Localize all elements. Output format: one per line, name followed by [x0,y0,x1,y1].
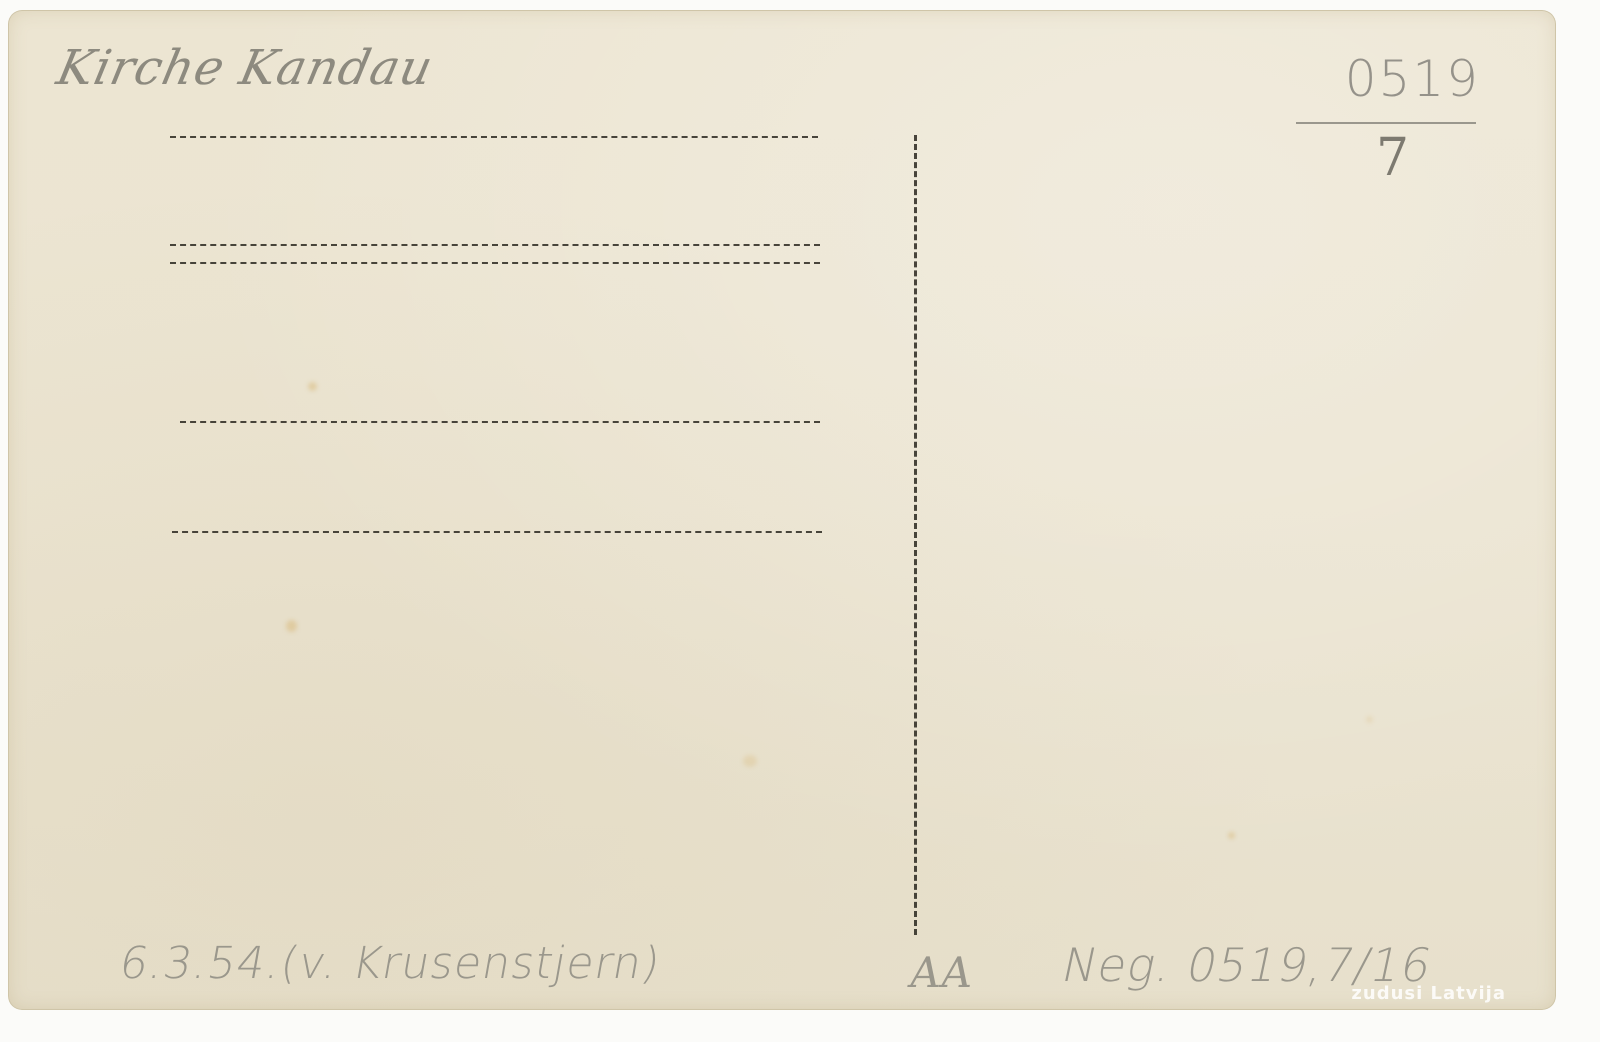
foxing-spot [286,620,297,632]
archive-number-rule [1296,122,1476,124]
address-line-3 [170,262,820,264]
foxing-spot [743,755,757,767]
date-provenance-note: 6.3.54.(v. Krusenstjern) [116,938,665,989]
address-line-5 [172,531,822,533]
watermark: zudusi Latvija [1351,983,1506,1004]
handwritten-title: Kirche Kandau [52,40,438,96]
archive-sub-number: 7 [1376,128,1410,188]
address-line-2 [170,244,820,246]
address-line-1 [170,136,818,138]
foxing-spot [1366,716,1373,723]
address-line-4 [180,421,820,423]
foxing-spot [1228,832,1235,839]
archive-number: 0519 [1345,50,1480,108]
pencil-mark: AA [906,948,977,997]
center-divider-line [914,135,917,935]
foxing-spot [308,382,317,391]
postcard-back: Kirche Kandau 0519 7 6.3.54.(v. Krusenst… [8,10,1556,1010]
